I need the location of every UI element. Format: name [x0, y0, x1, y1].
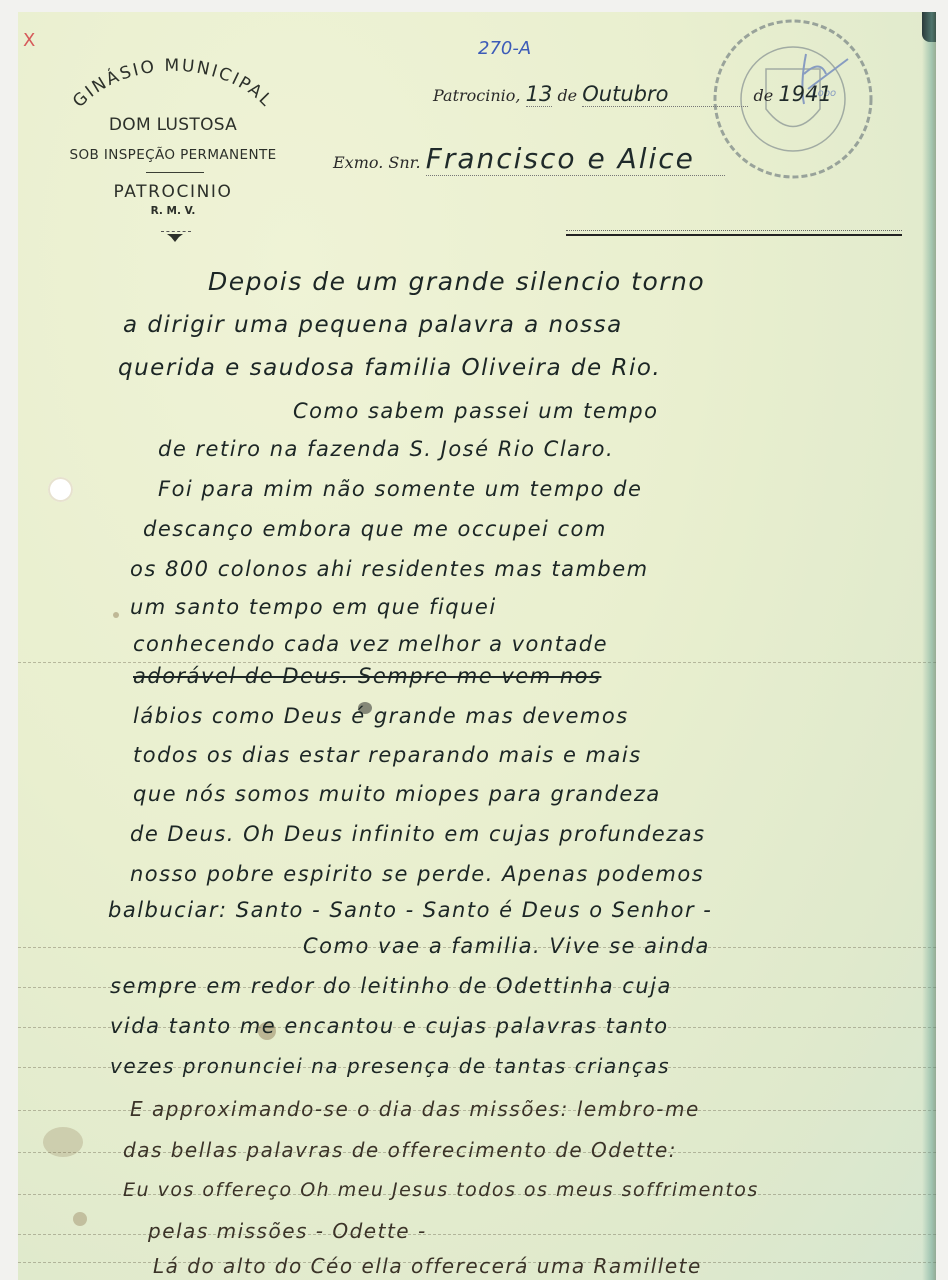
- body-line: de Deus. Oh Deus infinito em cujas profu…: [130, 822, 706, 846]
- body-line: que nós somos muito miopes para grandeza: [133, 782, 661, 806]
- body-line: Eu vos offereço Oh meu Jesus todos os me…: [123, 1179, 759, 1201]
- body-line: nosso pobre espirito se perde. Apenas po…: [130, 862, 704, 886]
- body-line: descanço embora que me occupei com: [143, 517, 607, 541]
- page-corner-shadow: [922, 12, 936, 42]
- body-line: vida tanto me encantou e cujas palavras …: [110, 1014, 669, 1038]
- body-line: Foi para mim não somente um tempo de: [158, 477, 642, 501]
- body-line: a dirigir uma pequena palavra a nossa: [123, 312, 623, 338]
- body-line: de retiro na fazenda S. José Rio Claro.: [158, 437, 614, 461]
- body-line: pelas missões - Odette -: [148, 1219, 427, 1243]
- body-line: conhecendo cada vez melhor a vontade: [133, 632, 608, 656]
- body-line: Como sabem passei um tempo: [293, 399, 658, 423]
- letter-body: Depois de um grande silencio torno a dir…: [18, 12, 936, 1280]
- body-line: balbuciar: Santo - Santo - Santo é Deus …: [108, 898, 712, 922]
- letter-page: X GINÁSIO MUNICIPAL DOM LUSTOSA SOB INSP…: [18, 12, 936, 1280]
- body-line: Como vae a familia. Vive se ainda: [303, 934, 710, 958]
- body-line: Depois de um grande silencio torno: [208, 267, 705, 296]
- body-line: das bellas palavras de offerecimento de …: [123, 1138, 677, 1162]
- body-line: vezes pronunciei na presença de tantas c…: [110, 1054, 670, 1078]
- body-line-struck: adorável de Deus. Sempre me vem nos: [133, 664, 601, 688]
- body-line: um santo tempo em que fiquei: [130, 595, 497, 619]
- body-line: lábios como Deus é grande mas devemos: [133, 704, 629, 728]
- body-line: sempre em redor do leitinho de Odettinha…: [110, 974, 672, 998]
- body-line: os 800 colonos ahi residentes mas tambem: [130, 557, 649, 581]
- body-line: E approximando-se o dia das missões: lem…: [130, 1097, 700, 1121]
- body-line: todos os dias estar reparando mais e mai…: [133, 743, 642, 767]
- body-line: Lá do alto do Céo ella offerecerá uma Ra…: [153, 1254, 702, 1278]
- body-line: querida e saudosa familia Oliveira de Ri…: [118, 355, 661, 381]
